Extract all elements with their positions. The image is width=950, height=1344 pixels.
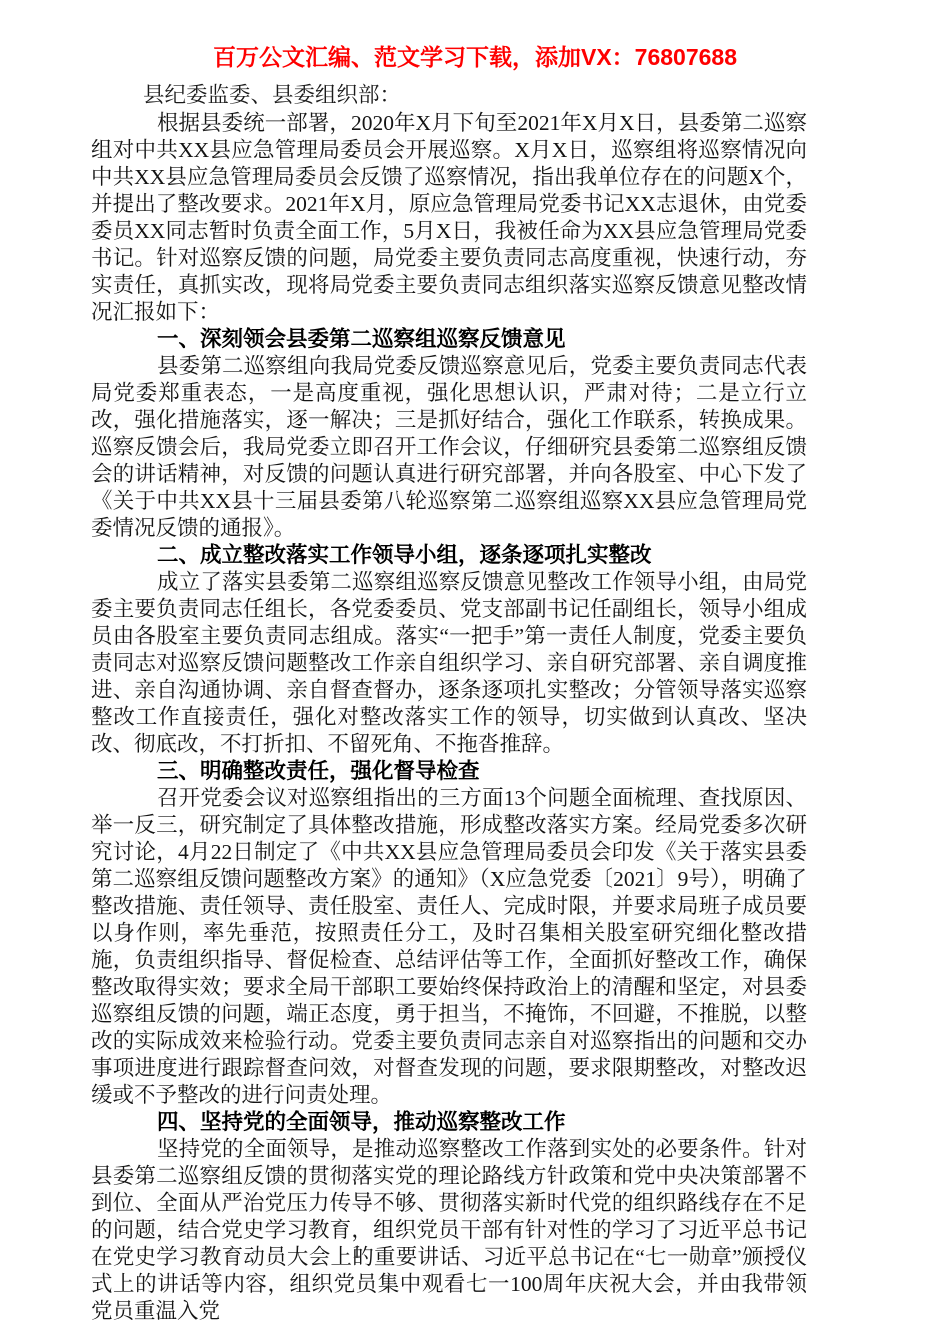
intro-paragraph: 根据县委统一部署，2020年X月下旬至2021年X月X日，县委第二巡察组对中共X… xyxy=(91,110,807,326)
section-4-paragraph: 坚持党的全面领导，是推动巡察整改工作落到实处的必要条件。针对县委第二巡察组反馈的… xyxy=(91,1136,807,1325)
section-3-paragraph: 召开党委会议对巡察组指出的三方面13个问题全面梳理、查找原因、举一反三，研究制定… xyxy=(91,785,807,1109)
document-page: 百万公文汇编、范文学习下载，添加VX：76807688 县纪委监委、县委组织部：… xyxy=(0,0,950,1344)
section-2-heading: 二、成立整改落实工作领导小组，逐条逐项扎实整改 xyxy=(91,542,807,569)
page-number: 1 xyxy=(352,1242,362,1264)
section-1-paragraph: 县委第二巡察组向我局党委反馈巡察意见后，党委主要负责同志代表局党委郑重表态，一是… xyxy=(91,353,807,542)
section-1-heading: 一、深刻领会县委第二巡察组巡察反馈意见 xyxy=(91,326,807,353)
section-4-heading: 四、坚持党的全面领导，推动巡察整改工作 xyxy=(91,1109,807,1136)
section-3-heading: 三、明确整改责任，强化督导检查 xyxy=(91,758,807,785)
document-body: 根据县委统一部署，2020年X月下旬至2021年X月X日，县委第二巡察组对中共X… xyxy=(91,110,807,1325)
promo-notice-banner: 百万公文汇编、范文学习下载，添加VX：76807688 xyxy=(0,44,950,71)
section-2-paragraph: 成立了落实县委第二巡察组巡察反馈意见整改工作领导小组，由局党委主要负责同志任组长… xyxy=(91,569,807,758)
salutation-line: 县纪委监委、县委组织部： xyxy=(143,82,401,109)
